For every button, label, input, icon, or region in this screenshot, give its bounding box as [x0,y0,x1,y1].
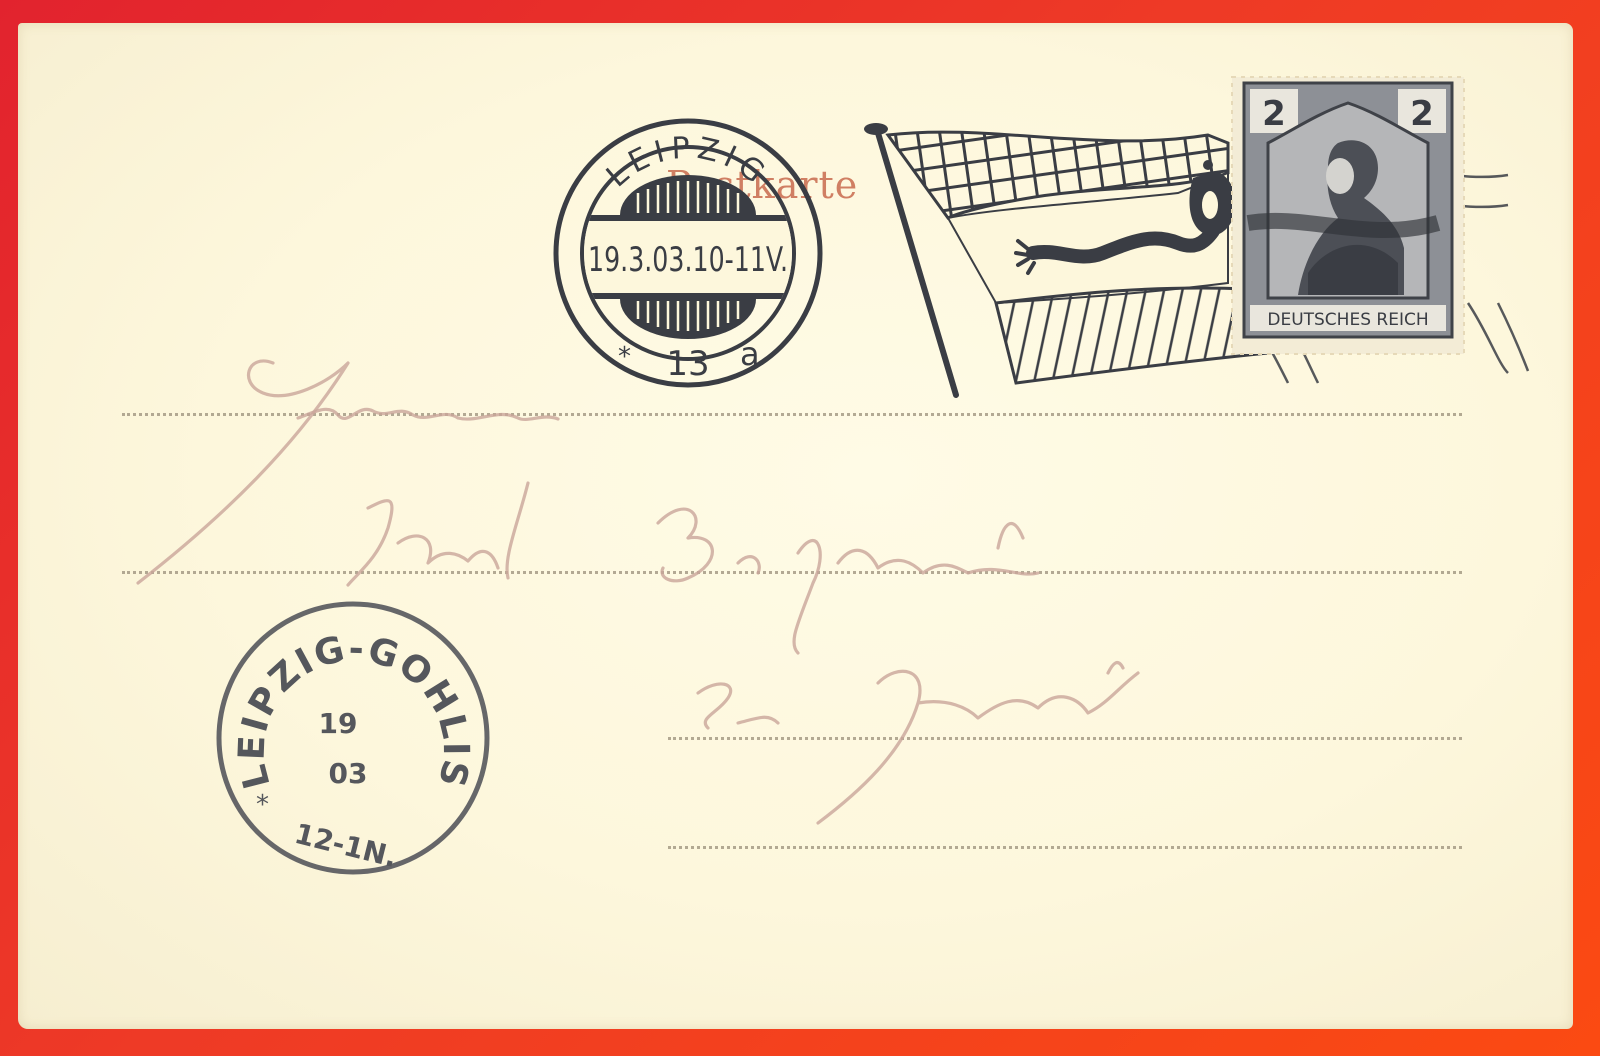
place-text: Leipzig [878,712,882,714]
postmark-leipzig: LEIPZIG 19.3.03.10-11V. * 13 a [548,113,828,393]
postmark-leipzig-gohlis: LEIPZIG-GOHLIS 19 03 * 12-1N. [208,593,498,883]
postmark-star: * [618,342,631,372]
gohlis-year: 03 [329,757,368,790]
postmark-date: 19.3.03.10-11V. [588,240,788,280]
postmark-office-number: 13 [666,344,709,384]
postmark-office-suffix: a [740,335,760,373]
postage-stamp: 2 2 DEUTSCHES REICH [1228,73,1468,358]
name-text: Karl Bleßmann [658,562,666,564]
gohlis-star: * [256,790,269,820]
postcard: Postkarte Herrn Karl Bleßmann Leipzig [18,23,1573,1029]
gohlis-day: 19 [319,707,358,740]
salutation-text: Herrn [358,417,361,419]
stamp-denomination-right: 2 [1410,94,1434,134]
stamp-country-label: DEUTSCHES REICH [1267,310,1428,330]
stamp-denomination-left: 2 [1262,94,1286,134]
